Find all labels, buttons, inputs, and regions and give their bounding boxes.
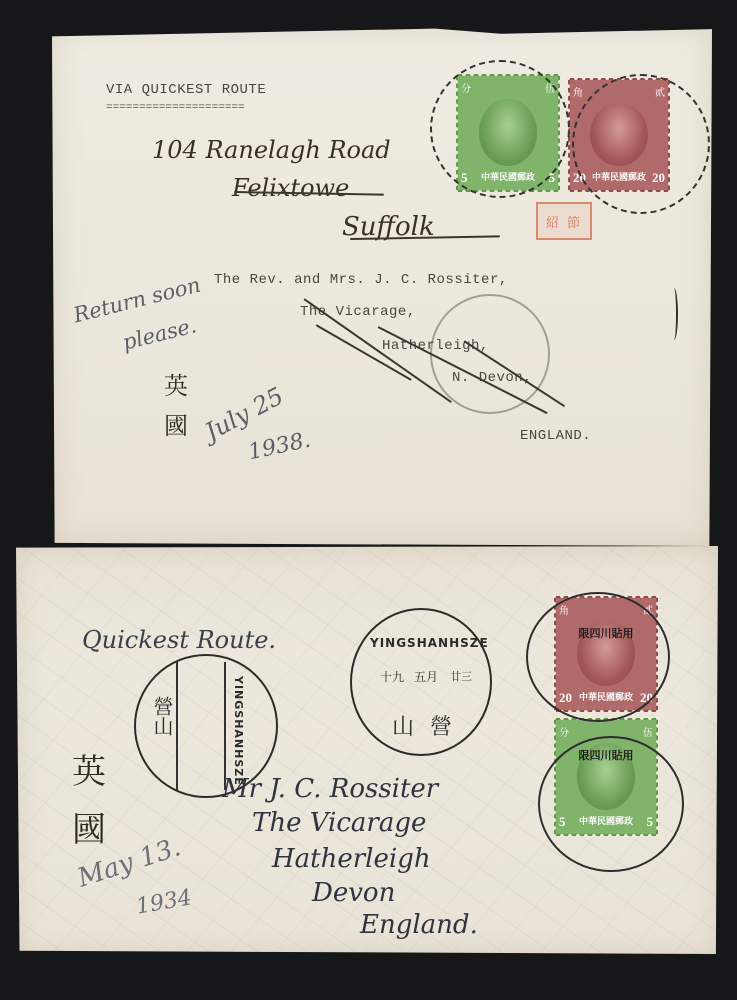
address-line-4: Devon xyxy=(312,878,395,908)
postmark-date-3: 廿三 xyxy=(450,668,472,684)
chinese-destination-char-2: 國 xyxy=(72,802,106,851)
forward-address-line-1: 104 Ranelagh Road xyxy=(152,136,391,164)
cancel-postmark-2 xyxy=(572,74,710,214)
address-line-5: England. xyxy=(360,910,478,940)
addressee-line-1: The Rev. and Mrs. J. C. Rossiter, xyxy=(214,272,508,288)
cover-1934: Quickest Route. 營山 YINGSHANHSZE YINGSHAN… xyxy=(16,546,718,954)
receiving-postmark xyxy=(430,294,550,414)
note-line-2: please. xyxy=(120,313,199,354)
postmark-chinese-char-1: 營 xyxy=(430,710,452,741)
route-underline: ===================== xyxy=(106,102,245,114)
addressee-line-5: ENGLAND. xyxy=(520,428,591,444)
address-line-1: Mr J. C. Rossiter xyxy=(222,774,438,804)
route-instruction: Quickest Route. xyxy=(82,626,276,654)
postmark-chinese-char-2: 山 xyxy=(392,710,414,741)
postmark-latin-place: YINGSHANHSZE xyxy=(370,636,489,650)
address-line-2: The Vicarage xyxy=(252,808,426,838)
stamp-cancel-lower xyxy=(538,736,684,872)
stamp-top-left-char: 角 xyxy=(573,84,583,99)
stamp-top-left-char: 分 xyxy=(559,724,569,739)
postmark-date-2: 五月 xyxy=(414,668,438,685)
postmark-date-1: 十九 xyxy=(380,668,404,685)
margin-mark xyxy=(670,288,678,340)
cancel-postmark-1 xyxy=(430,60,570,198)
address-line-3: Hatherleigh xyxy=(272,844,431,874)
cover-1938: VIA QUICKEST ROUTE =====================… xyxy=(52,26,712,546)
forward-address-line-2: Felixtowe xyxy=(232,174,349,202)
postmark-latin-place: YINGSHANHSZE xyxy=(232,676,245,786)
chinese-destination-char-1: 英 xyxy=(72,744,106,793)
stamp-top-right-char: 伍 xyxy=(643,724,653,739)
postmark-chinese-place: 營山 xyxy=(148,696,177,736)
route-instruction: VIA QUICKEST ROUTE xyxy=(106,82,266,98)
chinese-destination-char-2: 國 xyxy=(164,406,188,441)
chinese-destination-char-1: 英 xyxy=(164,366,188,401)
red-chop-mark: 紹 節 xyxy=(536,202,592,240)
date-line-2: 1934 xyxy=(134,885,193,919)
stamp-cancel-upper xyxy=(526,592,670,722)
origin-postmark-right: YINGSHANHSZE 十九 五月 廿三 山 營 xyxy=(350,608,492,756)
date-line-2: 1938. xyxy=(246,428,313,466)
